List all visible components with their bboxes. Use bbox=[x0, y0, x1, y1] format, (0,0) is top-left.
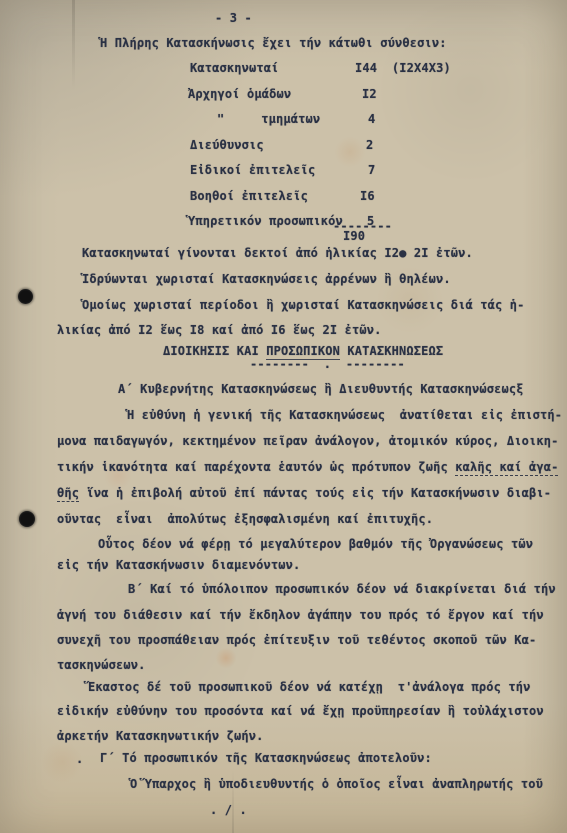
para-a-3-seg: τικήν ἱκανότητα καί παρέχοντα ἑαυτόν ὡς … bbox=[57, 460, 455, 474]
para-a-6-seg: Οὗτος δέον νά φέρῃ τό μεγαλύτερον βαθμόν… bbox=[98, 537, 533, 551]
para-each-3: ἀρκετήν Κατασκηνωτικήν ζωήν. bbox=[57, 729, 264, 744]
para-b-1-seg: ἁγνή του διάθεσιν καί τήν ἔκδηλον ἀγάπην… bbox=[57, 608, 544, 622]
para-each-1: Ἕκαστος δέ τοῦ προσωπικοῦ δέον νά κατέχῃ… bbox=[88, 680, 530, 695]
para-c-1: Ὁ Ὕπαρχος ἢ ὑποδιευθυντής ὁ ὁποῖος εἶναι… bbox=[130, 777, 543, 792]
roster-label-campers: Κατασκηνωταί bbox=[190, 61, 279, 76]
para-periods-2-seg: λικίας ἀπό I2 ἕως I8 καί ἀπό I6 ἕως 2I ἐ… bbox=[57, 323, 381, 337]
para-a-4-seg: θῆς bbox=[57, 486, 79, 502]
section-c-heading-seg: Γ΄ Τό προσωπικόν τῆς Κατασκηνώσεως ἀποτε… bbox=[100, 751, 432, 765]
roster-label-direction: Διεύθυνσις bbox=[190, 138, 264, 153]
roster-value-campers-seg: I44 (I2X4X3) bbox=[355, 61, 451, 75]
para-a-3: τικήν ἱκανότητα καί παρέχοντα ἑαυτόν ὡς … bbox=[57, 460, 558, 475]
heading-underline: -------- . -------- bbox=[250, 357, 405, 372]
para-a-7: εἰς τήν Κατασκήνωσιν διαμενόντων. bbox=[57, 558, 300, 573]
para-each-3-seg: ἀρκετήν Κατασκηνωτικήν ζωήν. bbox=[57, 729, 264, 743]
para-a-5-seg: οῦντας εἶναι ἀπολύτως ἐξησφαλισμένη καί … bbox=[57, 512, 433, 526]
para-a-2: μονα παιδαγωγόν, κεκτημένον πεῖραν ἀνάλο… bbox=[57, 434, 558, 449]
para-ages-seg: Κατασκηνωταί γίνονται δεκτοί ἀπό ἡλικίας… bbox=[82, 246, 473, 260]
para-b-2-seg: συνεχῆ του προσπάθειαν πρός ἐπίτευξιν το… bbox=[57, 633, 536, 647]
section-b-heading: Β΄ Καί τό ὑπόλοιπον προσωπικόν δέον νά δ… bbox=[128, 582, 556, 597]
para-a-1: Ἡ εὐθύνη ἡ γενική τῆς Κατασκηνώσεως ἀνατ… bbox=[127, 408, 562, 423]
roster-total-seg: I90 bbox=[343, 229, 365, 243]
page-number-seg: - 3 - bbox=[215, 11, 252, 25]
page-number: - 3 - bbox=[215, 11, 252, 26]
roster-total: I90 bbox=[343, 229, 365, 244]
punch-hole-top bbox=[18, 289, 33, 304]
roster-value-group-leaders-seg: I2 bbox=[362, 87, 377, 101]
section-a-heading-seg: Α΄ Κυβερνήτης Κατασκηνώσεως ἢ Διευθυντής… bbox=[118, 382, 524, 396]
para-ages: Κατασκηνωταί γίνονται δεκτοί ἀπό ἡλικίας… bbox=[82, 246, 473, 261]
section-c-heading: Γ΄ Τό προσωπικόν τῆς Κατασκηνώσεως ἀποτε… bbox=[100, 751, 432, 766]
stray-dot: . bbox=[76, 752, 83, 767]
roster-value-special-staff: 7 bbox=[368, 163, 375, 178]
continuation-mark: . / . bbox=[210, 803, 247, 818]
section-heading-seg: ΔΙΟΙΚΗΣΙΣ ΚΑΙ bbox=[163, 344, 266, 358]
roster-label-group-leaders: Ἀρχηγοί ὁμάδων bbox=[188, 87, 291, 102]
para-periods-1-seg: Ὁμοίως χωρισταί περίοδοι ἢ χωρισταί Κατα… bbox=[82, 298, 524, 312]
document-page: - 3 -Ἡ Πλήρης Κατασκήνωσις ἔχει τήν κάτω… bbox=[0, 0, 567, 833]
roster-value-section-leaders: 4 bbox=[368, 112, 375, 127]
para-periods-2: λικίας ἀπό I2 ἕως I8 καί ἀπό I6 ἕως 2I ἐ… bbox=[57, 323, 381, 338]
para-b-3-seg: τασκηνώσεων. bbox=[57, 658, 146, 672]
roster-label-special-staff-seg: Εἰδικοί ἐπιτελεῖς bbox=[190, 163, 315, 177]
para-b-1: ἁγνή του διάθεσιν καί τήν ἔκδηλον ἀγάπην… bbox=[57, 608, 544, 623]
intro-line: Ἡ Πλήρης Κατασκήνωσις ἔχει τήν κάτωθι σύ… bbox=[100, 36, 447, 51]
section-heading-seg: ΚΑΤΑΣΚΗΝΩΣΕΩΣ bbox=[340, 344, 443, 358]
intro-line-seg: Ἡ Πλήρης Κατασκήνωσις ἔχει τήν κάτωθι σύ… bbox=[100, 36, 447, 50]
para-a-2-seg: μονα παιδαγωγόν, κεκτημένον πεῖραν ἀνάλο… bbox=[57, 434, 558, 448]
punch-hole-bottom bbox=[19, 511, 35, 527]
para-a-4-seg: ἵνα ἡ ἐπιβολή αὐτοῦ ἐπί πάντας τούς εἰς … bbox=[79, 486, 551, 500]
para-a-7-seg: εἰς τήν Κατασκήνωσιν διαμενόντων. bbox=[57, 558, 300, 572]
para-a-4: θῆς ἵνα ἡ ἐπιβολή αὐτοῦ ἐπί πάντας τούς … bbox=[57, 486, 551, 501]
para-each-2-seg: εἰδικήν εὐθύνην του προσόντα καί νά ἔχῃ … bbox=[57, 704, 544, 718]
roster-value-assistant-staff-seg: I6 bbox=[360, 189, 375, 203]
section-a-heading: Α΄ Κυβερνήτης Κατασκηνώσεως ἢ Διευθυντής… bbox=[118, 382, 524, 397]
roster-label-campers-seg: Κατασκηνωταί bbox=[190, 61, 279, 75]
para-a-1-seg: Ἡ εὐθύνη ἡ γενική τῆς Κατασκηνώσεως ἀνατ… bbox=[127, 408, 562, 422]
para-a-5: οῦντας εἶναι ἀπολύτως ἐξησφαλισμένη καί … bbox=[57, 512, 433, 527]
para-separate-camps: Ἱδρύωνται χωρισταί Κατασκηνώσεις ἀρρένων… bbox=[82, 272, 451, 287]
para-b-2: συνεχῆ του προσπάθειαν πρός ἐπίτευξιν το… bbox=[57, 633, 536, 648]
roster-label-special-staff: Εἰδικοί ἐπιτελεῖς bbox=[190, 163, 315, 178]
roster-value-group-leaders: I2 bbox=[362, 87, 377, 102]
heading-underline-seg: -------- . -------- bbox=[250, 357, 405, 371]
roster-label-section-leaders: " τμημάτων bbox=[217, 112, 320, 127]
paper-crease-top bbox=[72, 0, 75, 90]
section-b-heading-seg: Β΄ Καί τό ὑπόλοιπον προσωπικόν δέον νά δ… bbox=[128, 582, 556, 596]
para-b-3: τασκηνώσεων. bbox=[57, 658, 146, 673]
para-periods-1: Ὁμοίως χωρισταί περίοδοι ἢ χωρισταί Κατα… bbox=[82, 298, 524, 313]
roster-label-assistant-staff-seg: Βοηθοί ἐπιτελεῖς bbox=[190, 189, 308, 203]
roster-label-direction-seg: Διεύθυνσις bbox=[190, 138, 264, 152]
roster-label-section-leaders-seg: " τμημάτων bbox=[217, 112, 320, 126]
para-each-2: εἰδικήν εὐθύνην του προσόντα καί νά ἔχῃ … bbox=[57, 704, 544, 719]
stray-dot-seg: . bbox=[76, 752, 83, 766]
roster-value-campers: I44 (I2X4X3) bbox=[355, 61, 451, 76]
para-c-1-seg: Ὁ Ὕπαρχος ἢ ὑποδιευθυντής ὁ ὁποῖος εἶναι… bbox=[130, 777, 543, 791]
continuation-mark-seg: . / . bbox=[210, 803, 247, 817]
para-a-3-seg: καλῆς καί ἀγα- bbox=[455, 460, 558, 476]
roster-value-direction-seg: 2 bbox=[366, 138, 373, 152]
roster-value-special-staff-seg: 7 bbox=[368, 163, 375, 177]
roster-value-direction: 2 bbox=[366, 138, 373, 153]
para-separate-camps-seg: Ἱδρύωνται χωρισταί Κατασκηνώσεις ἀρρένων… bbox=[82, 272, 451, 286]
roster-label-group-leaders-seg: Ἀρχηγοί ὁμάδων bbox=[188, 87, 291, 101]
roster-value-assistant-staff: I6 bbox=[360, 189, 375, 204]
roster-value-section-leaders-seg: 4 bbox=[368, 112, 375, 126]
para-each-1-seg: Ἕκαστος δέ τοῦ προσωπικοῦ δέον νά κατέχῃ… bbox=[88, 680, 530, 694]
roster-label-service-personnel-seg: Ὑπηρετικόν προσωπικόν bbox=[188, 214, 343, 228]
para-a-6: Οὗτος δέον νά φέρῃ τό μεγαλύτερον βαθμόν… bbox=[98, 537, 533, 552]
roster-label-assistant-staff: Βοηθοί ἐπιτελεῖς bbox=[190, 189, 308, 204]
roster-label-service-personnel: Ὑπηρετικόν προσωπικόν bbox=[188, 214, 343, 229]
